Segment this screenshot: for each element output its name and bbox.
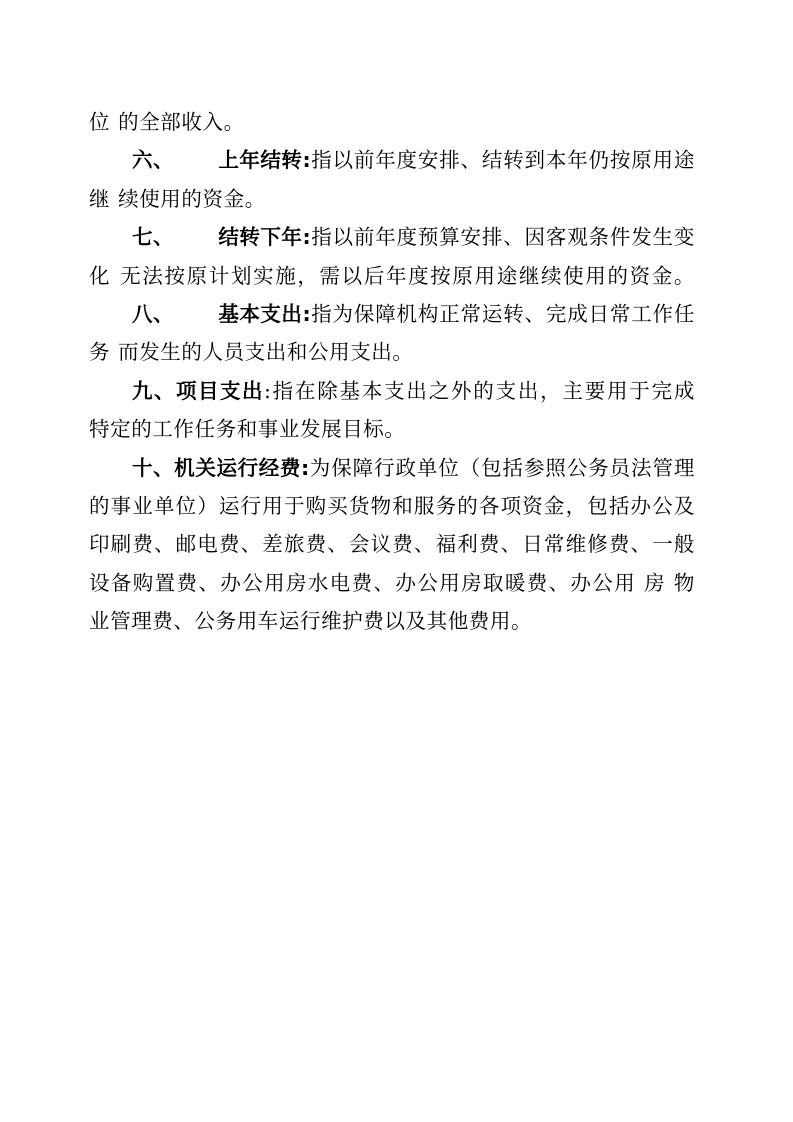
body-text: 指以前年度预算安排、因客观条件发生变 <box>311 225 695 249</box>
text-line: 继续使用的资金。 <box>89 180 695 218</box>
body-text: 的全部收入。 <box>118 110 245 134</box>
body-text: 指以前年度安排、结转到本年仍按原用途 <box>311 148 695 172</box>
section-heading-line: 八、基本支出:指为保障机构正常运转、完成日常工作任 <box>89 295 695 333</box>
body-text: 指为保障机构正常运转、完成日常工作任 <box>311 302 695 326</box>
section-number: 八、 <box>132 302 174 326</box>
body-text: 设备购置费、办公用房水电费、办公用房取暖费、办公用 房 物 <box>89 571 695 595</box>
text-line: 位的全部收入。 <box>89 103 695 141</box>
body-text: 印刷费、邮电费、差旅费、会议费、福利费、日常维修费、一般 <box>89 532 695 556</box>
body-text: 业管理费、公务用车运行维护费以及其他费用。 <box>89 609 532 633</box>
body-text: 而发生的人员支出和公用支出。 <box>118 340 413 364</box>
section-heading-line: 九、项目支出:指在除基本支出之外的支出，主要用于完成 <box>89 372 695 410</box>
body-text: :指在除基本支出之外的支出，主要用于完成 <box>264 379 695 403</box>
section-number: 九、 <box>132 379 176 403</box>
section-number: 十、 <box>132 456 174 480</box>
text-line: 特定的工作任务和事业发展目标。 <box>89 410 695 448</box>
section-heading-line: 六、上年结转:指以前年度安排、结转到本年仍按原用途 <box>89 141 695 179</box>
body-text: 继 <box>89 187 110 211</box>
section-term: 基本支出: <box>218 302 311 326</box>
section-term: 项目支出 <box>176 379 264 403</box>
section-term: 结转下年: <box>218 225 311 249</box>
text-line: 务而发生的人员支出和公用支出。 <box>89 333 695 371</box>
text-line: 的事业单位）运行用于购买货物和服务的各项资金，包括办公及 <box>89 487 695 525</box>
section-number: 六、 <box>132 148 174 172</box>
body-text: 为保障行政单位（包括参照公务员法管理 <box>309 456 695 480</box>
text-line: 业管理费、公务用车运行维护费以及其他费用。 <box>89 602 695 640</box>
text-line: 化无法按原计划实施，需以后年度按原用途继续使用的资金。 <box>89 257 695 295</box>
text-line: 印刷费、邮电费、差旅费、会议费、福利费、日常维修费、一般 <box>89 525 695 563</box>
body-text: 续使用的资金。 <box>118 187 266 211</box>
body-text: 特定的工作任务和事业发展目标。 <box>89 417 406 441</box>
document-page: 位的全部收入。六、上年结转:指以前年度安排、结转到本年仍按原用途继续使用的资金。… <box>89 103 695 640</box>
body-text: 无法按原计划实施，需以后年度按原用途继续使用的资金。 <box>119 264 695 288</box>
body-text: 务 <box>89 340 110 364</box>
body-text: 位 <box>89 110 110 134</box>
section-term: 机关运行经费: <box>174 456 309 480</box>
section-heading-line: 七、结转下年:指以前年度预算安排、因客观条件发生变 <box>89 218 695 256</box>
section-number: 七、 <box>132 225 174 249</box>
body-text: 的事业单位）运行用于购买货物和服务的各项资金，包括办公及 <box>89 494 695 518</box>
section-term: 上年结转: <box>218 148 311 172</box>
text-line: 设备购置费、办公用房水电费、办公用房取暖费、办公用 房 物 <box>89 564 695 602</box>
body-text: 化 <box>89 264 111 288</box>
section-heading-line: 十、机关运行经费:为保障行政单位（包括参照公务员法管理 <box>89 449 695 487</box>
